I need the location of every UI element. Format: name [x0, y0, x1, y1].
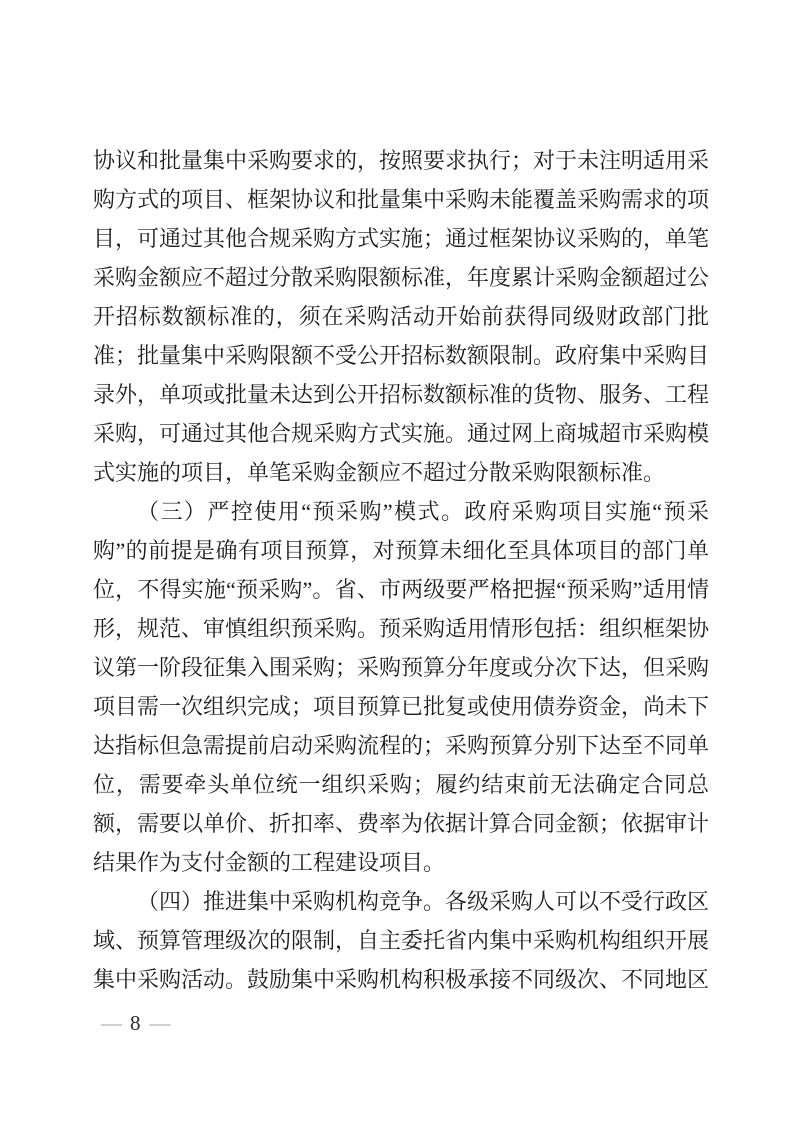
- page-number-value: 8: [130, 1010, 141, 1036]
- paragraph-continuation: 协议和批量集中采购要求的，按照要求执行；对于未注明适用采购方式的项目、框架协议和…: [93, 141, 709, 492]
- page-number: — 8 —: [101, 1010, 170, 1036]
- paragraph-item-four: （四）推进集中采购机构竞争。各级采购人可以不受行政区域、预算管理级次的限制，自主…: [93, 882, 709, 999]
- document-body: 协议和批量集中采购要求的，按照要求执行；对于未注明适用采购方式的项目、框架协议和…: [93, 141, 709, 999]
- document-page: 协议和批量集中采购要求的，按照要求执行；对于未注明适用采购方式的项目、框架协议和…: [0, 0, 793, 1122]
- page-number-dash-left: —: [101, 1010, 121, 1036]
- page-number-dash-right: —: [150, 1010, 170, 1036]
- paragraph-item-three: （三）严控使用“预采购”模式。政府采购项目实施“预采购”的前提是确有项目预算，对…: [93, 492, 709, 882]
